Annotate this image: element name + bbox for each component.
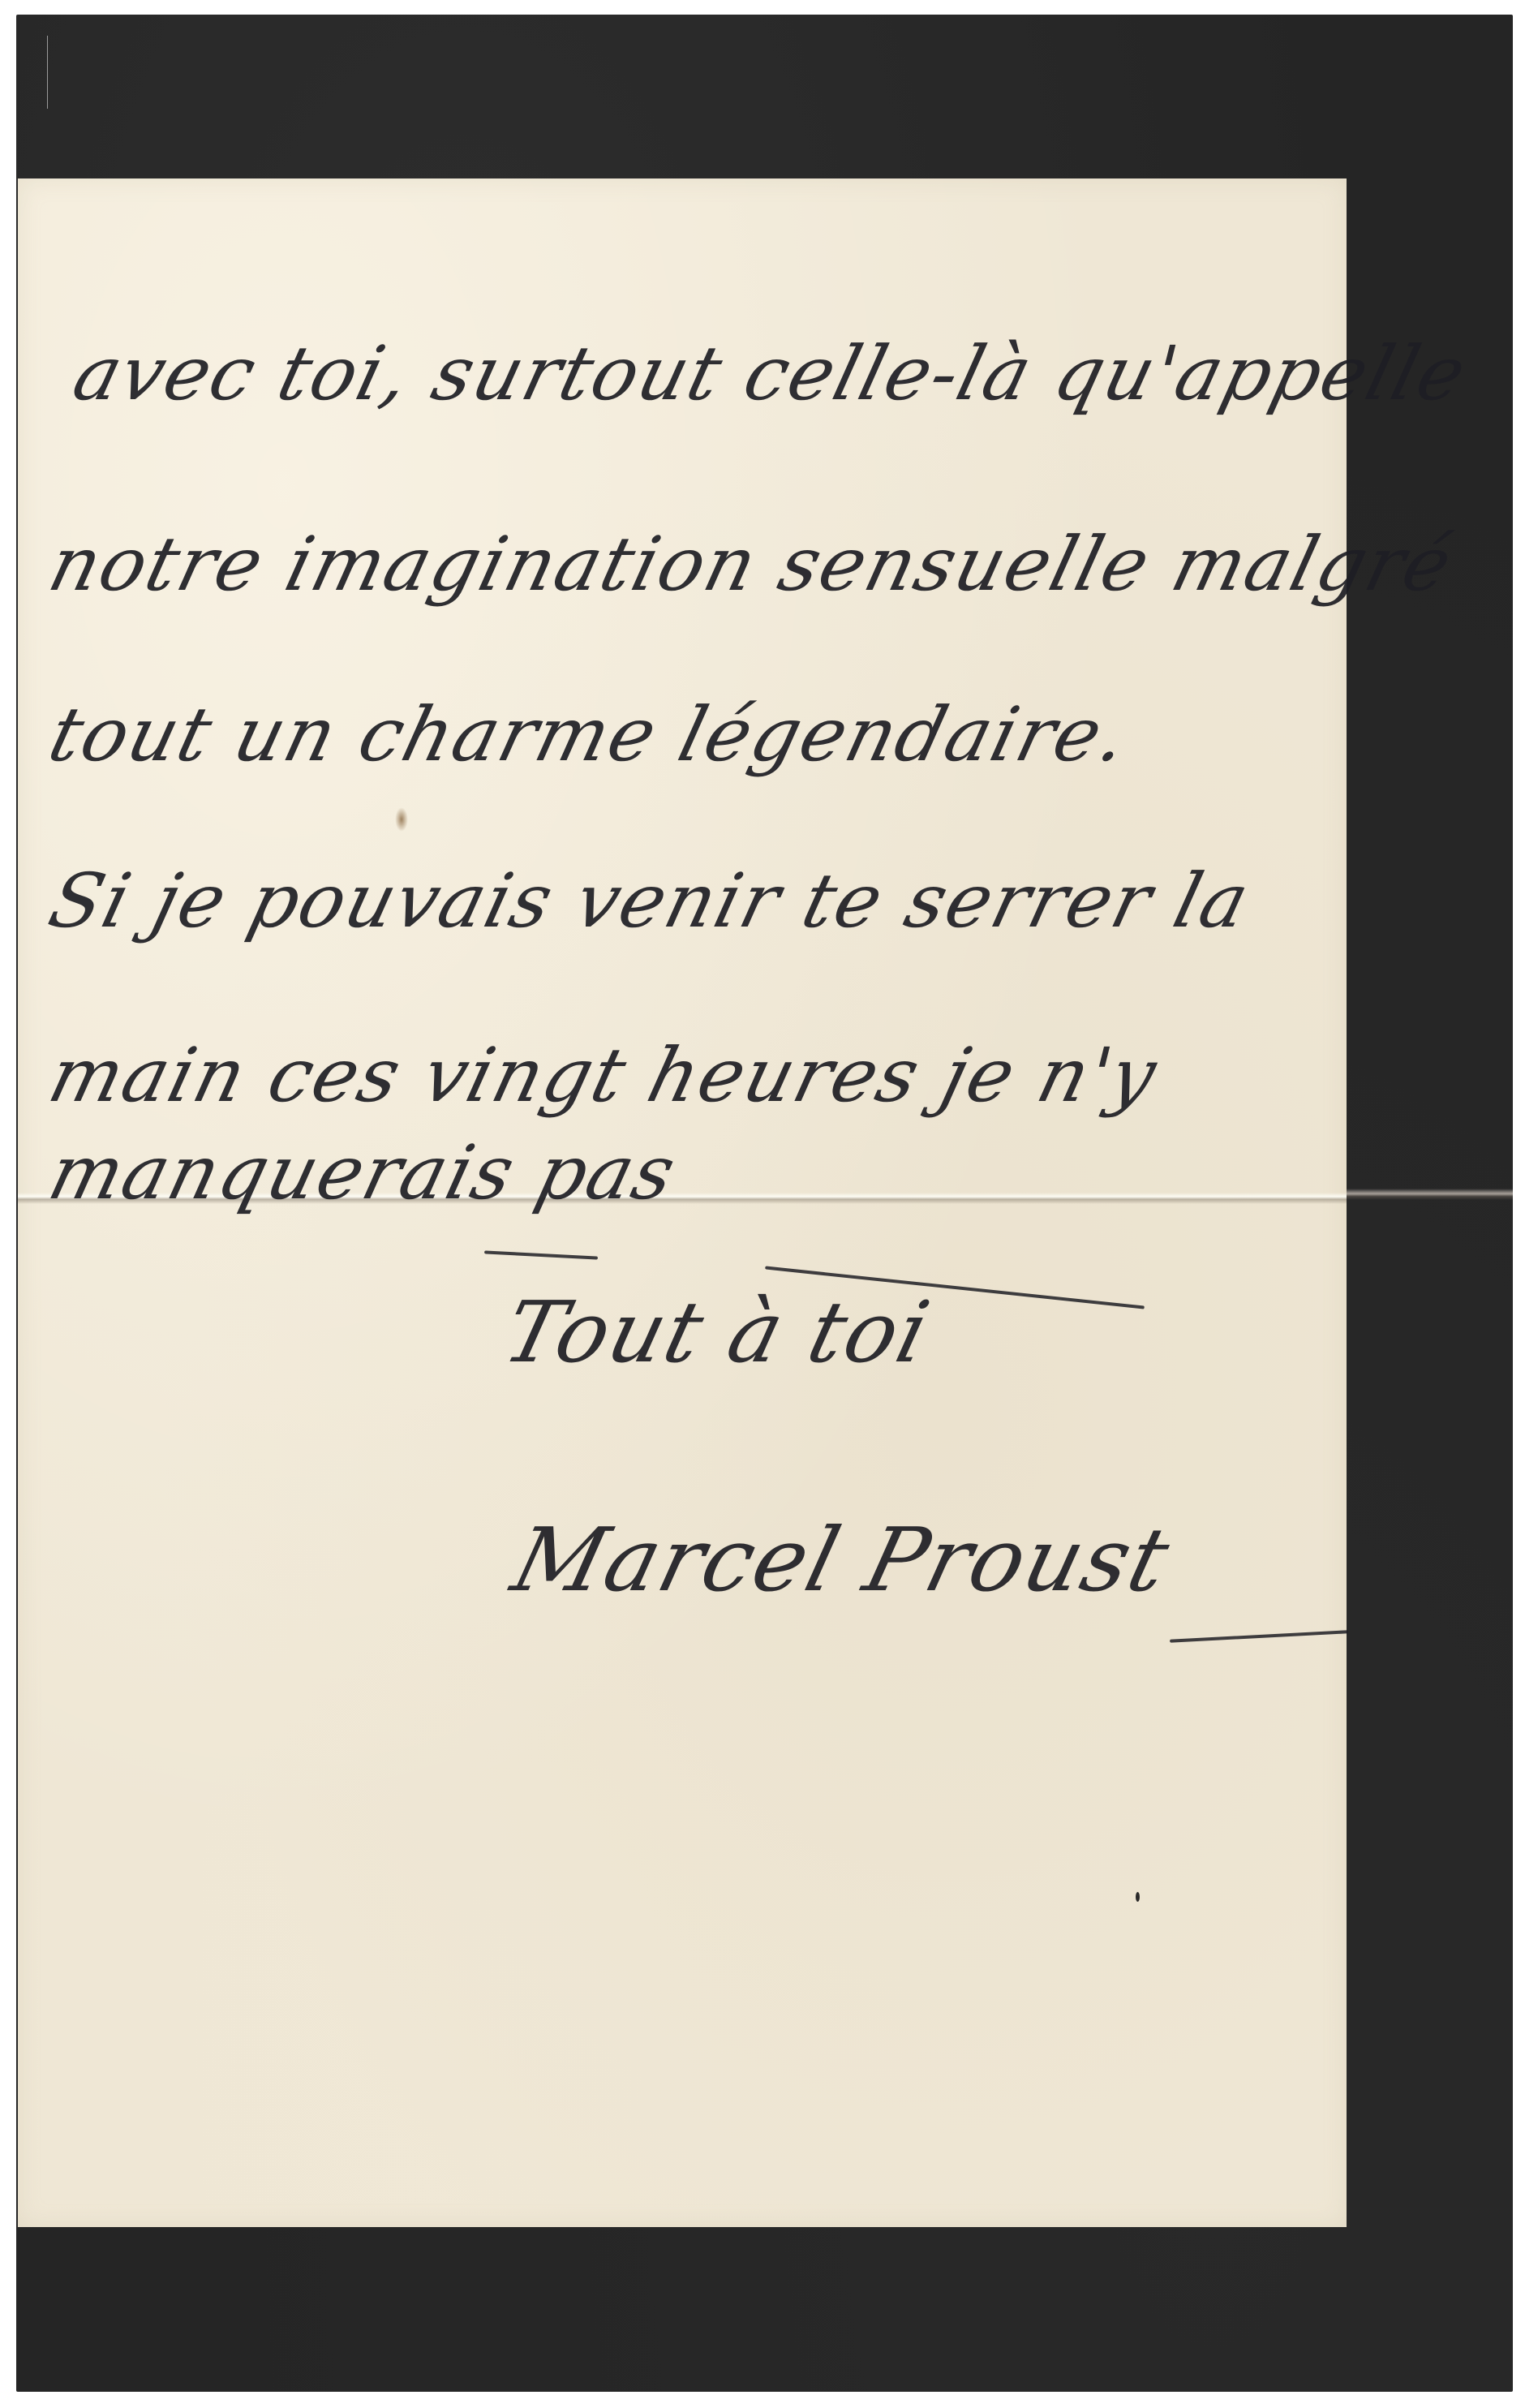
ink-speck bbox=[1136, 1892, 1140, 1902]
signature: Marcel Proust bbox=[505, 1517, 1179, 1605]
letter-line-1: avec toi, surtout celle-là qu'appelle bbox=[67, 337, 1474, 411]
closing-t-stroke bbox=[484, 1250, 598, 1259]
letter-line-6: manquerais pas bbox=[42, 1136, 684, 1210]
letter-line-5: main ces vingt heures je n'y bbox=[42, 1038, 1165, 1113]
letter-line-2: notre imagination sensuelle malgré bbox=[42, 527, 1460, 602]
letter-line-3: tout un charme légendaire. bbox=[42, 698, 1136, 772]
closing-line: Tout à toi bbox=[496, 1290, 938, 1374]
signature-underline-flourish bbox=[1170, 1630, 1348, 1643]
border-fold-crease bbox=[1347, 1189, 1513, 1200]
border-crease bbox=[47, 36, 48, 109]
foxing-stain bbox=[395, 807, 408, 832]
letter-line-4: Si je pouvais venir te serrer la bbox=[42, 864, 1257, 939]
letter-paper: avec toi, surtout celle-là qu'appelle no… bbox=[18, 178, 1347, 2227]
